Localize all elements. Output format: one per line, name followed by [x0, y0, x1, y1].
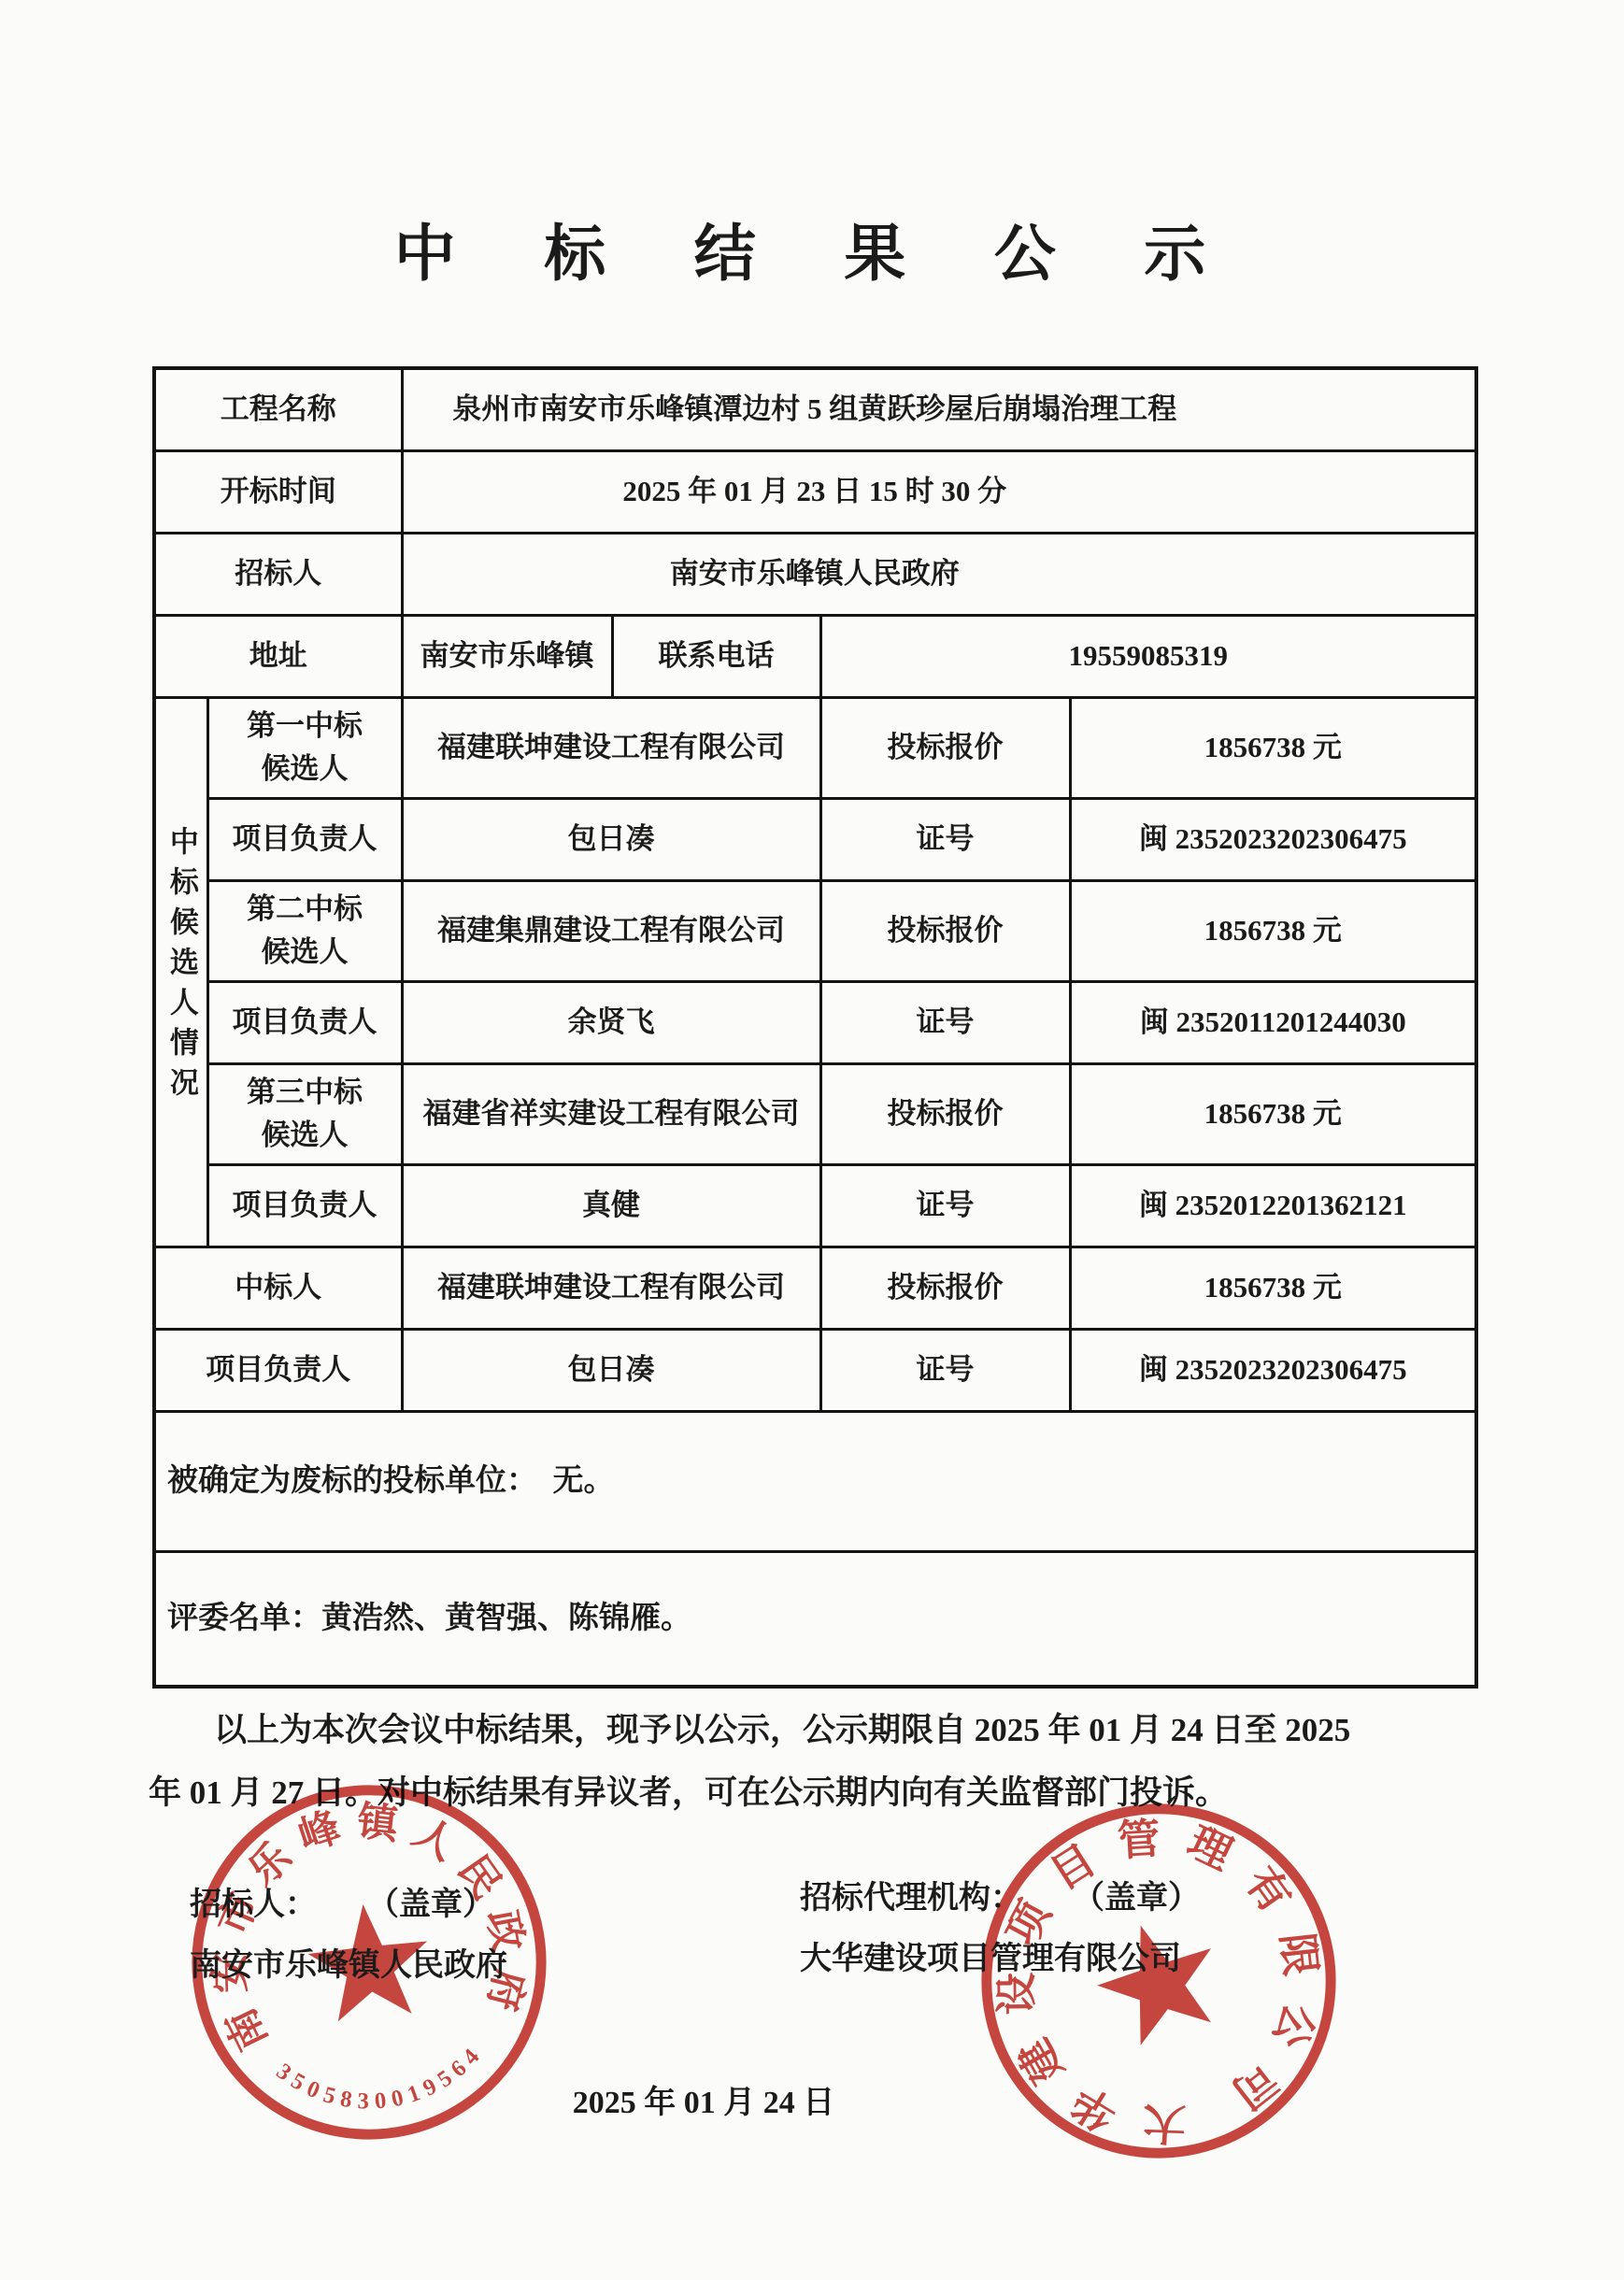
winner-cert: 闽 2352023202306475: [1070, 1329, 1476, 1411]
candidate-3-cert-label: 证号: [820, 1164, 1070, 1247]
agency-sign-name: 大华建设项目管理有限公司: [800, 1929, 1200, 1989]
tenderer-value: 南安市乐峰镇人民政府: [402, 533, 1476, 615]
row-candidate-3: 第三中标候选人 福建省祥实建设工程有限公司 投标报价 1856738 元: [154, 1063, 1476, 1164]
candidate-2-pm-label: 项目负责人: [207, 981, 402, 1063]
tenderer-signature-block: 招标人：（盖章） 南安市乐峰镇人民政府: [190, 1874, 507, 1996]
row-tenderer: 招标人 南安市乐峰镇人民政府: [154, 533, 1476, 615]
project-name-value: 泉州市南安市乐峰镇潭边村 5 组黄跃珍屋后崩塌治理工程: [402, 368, 1476, 450]
announcement-line1: 以上为本次会议中标结果，现予以公示，公示期限自 2025 年 01 月 24 日…: [149, 1699, 1479, 1761]
phone-value: 19559085319: [820, 615, 1476, 697]
candidate-3-price-label: 投标报价: [820, 1063, 1070, 1164]
address-value: 南安市乐峰镇: [402, 615, 612, 697]
candidate-2-cert: 闽 2352011201244030: [1070, 981, 1476, 1063]
candidate-2-cert-label: 证号: [820, 981, 1070, 1063]
open-time-value: 2025 年 01 月 23 日 15 时 30 分: [402, 450, 1476, 533]
row-open-time: 开标时间 2025 年 01 月 23 日 15 时 30 分: [154, 450, 1476, 533]
row-project-name: 工程名称 泉州市南安市乐峰镇潭边村 5 组黄跃珍屋后崩塌治理工程: [154, 368, 1476, 450]
candidate-2-label: 第二中标候选人: [207, 880, 402, 981]
candidate-1-pm-label: 项目负责人: [207, 798, 402, 880]
candidate-3-pm: 真健: [402, 1164, 820, 1247]
rejected-bids-text: 被确定为废标的投标单位： 无。: [154, 1411, 1476, 1551]
agency-signature-block: 招标代理机构：（盖章） 大华建设项目管理有限公司: [800, 1868, 1200, 1989]
agency-seal-note: （盖章）: [1073, 1868, 1200, 1929]
candidate-1-price: 1856738 元: [1070, 697, 1476, 798]
candidate-3-price: 1856738 元: [1070, 1063, 1476, 1164]
candidate-2-company: 福建集鼎建设工程有限公司: [402, 880, 820, 981]
row-address: 地址 南安市乐峰镇 联系电话 19559085319: [154, 615, 1476, 697]
row-candidate-2: 第二中标候选人 福建集鼎建设工程有限公司 投标报价 1856738 元: [154, 880, 1476, 981]
candidate-1-cert: 闽 2352023202306475: [1070, 798, 1476, 880]
row-jury-list: 评委名单：黄浩然、黄智强、陈锦雁。: [154, 1551, 1476, 1687]
winner-pm-label: 项目负责人: [154, 1329, 402, 1411]
document-page: 中 标 结 果 公 示 工程名称 泉州市南安市乐峰镇潭边村 5 组黄跃珍屋后崩塌…: [0, 0, 1624, 2280]
candidate-2-price: 1856738 元: [1070, 880, 1476, 981]
jury-list-text: 评委名单：黄浩然、黄智强、陈锦雁。: [154, 1551, 1476, 1687]
open-time-label: 开标时间: [154, 450, 402, 533]
row-rejected-bids: 被确定为废标的投标单位： 无。: [154, 1411, 1476, 1551]
candidate-2-pm: 余贤飞: [402, 981, 820, 1063]
announcement-date: 2025 年 01 月 24 日: [549, 2076, 858, 2122]
tenderer-seal-line: 招标人：（盖章）: [190, 1874, 507, 1935]
page-title: 中 标 结 果 公 示: [0, 204, 1624, 292]
candidate-3-label: 第三中标候选人: [207, 1063, 402, 1164]
winner-company: 福建联坤建设工程有限公司: [402, 1247, 820, 1329]
row-winner-pm: 项目负责人 包日凑 证号 闽 2352023202306475: [154, 1329, 1476, 1411]
candidate-1-label: 第一中标候选人: [207, 697, 402, 798]
candidate-1-cert-label: 证号: [820, 798, 1070, 880]
winner-price: 1856738 元: [1070, 1247, 1476, 1329]
phone-label: 联系电话: [612, 615, 820, 697]
winner-cert-label: 证号: [820, 1329, 1070, 1411]
candidate-2-price-label: 投标报价: [820, 880, 1070, 981]
tenderer-sign-name: 南安市乐峰镇人民政府: [190, 1935, 507, 1996]
row-winner: 中标人 福建联坤建设工程有限公司 投标报价 1856738 元: [154, 1247, 1476, 1329]
winner-pm: 包日凑: [402, 1329, 820, 1411]
tenderer-seal-note: （盖章）: [367, 1874, 494, 1935]
project-name-label: 工程名称: [154, 368, 402, 450]
tenderer-sign-label: 招标人：: [190, 1888, 317, 1922]
bid-result-table: 工程名称 泉州市南安市乐峰镇潭边村 5 组黄跃珍屋后崩塌治理工程 开标时间 20…: [152, 366, 1478, 1689]
candidate-section-label: 中标候选人情况: [154, 697, 207, 1247]
agency-seal-line: 招标代理机构：（盖章）: [800, 1868, 1200, 1929]
row-candidate-3-pm: 项目负责人 真健 证号 闽 2352012201362121: [154, 1164, 1476, 1247]
candidate-1-pm: 包日凑: [402, 798, 820, 880]
candidate-1-company: 福建联坤建设工程有限公司: [402, 697, 820, 798]
candidate-3-company: 福建省祥实建设工程有限公司: [402, 1063, 820, 1164]
candidate-1-price-label: 投标报价: [820, 697, 1070, 798]
candidate-3-pm-label: 项目负责人: [207, 1164, 402, 1247]
winner-label: 中标人: [154, 1247, 402, 1329]
row-candidate-2-pm: 项目负责人 余贤飞 证号 闽 2352011201244030: [154, 981, 1476, 1063]
winner-price-label: 投标报价: [820, 1247, 1070, 1329]
agency-sign-label: 招标代理机构：: [800, 1881, 1022, 1916]
row-candidate-1-pm: 项目负责人 包日凑 证号 闽 2352023202306475: [154, 798, 1476, 880]
candidate-3-cert: 闽 2352012201362121: [1070, 1164, 1476, 1247]
row-candidate-1: 中标候选人情况 第一中标候选人 福建联坤建设工程有限公司 投标报价 185673…: [154, 697, 1476, 798]
tenderer-label: 招标人: [154, 533, 402, 615]
address-label: 地址: [154, 615, 402, 697]
